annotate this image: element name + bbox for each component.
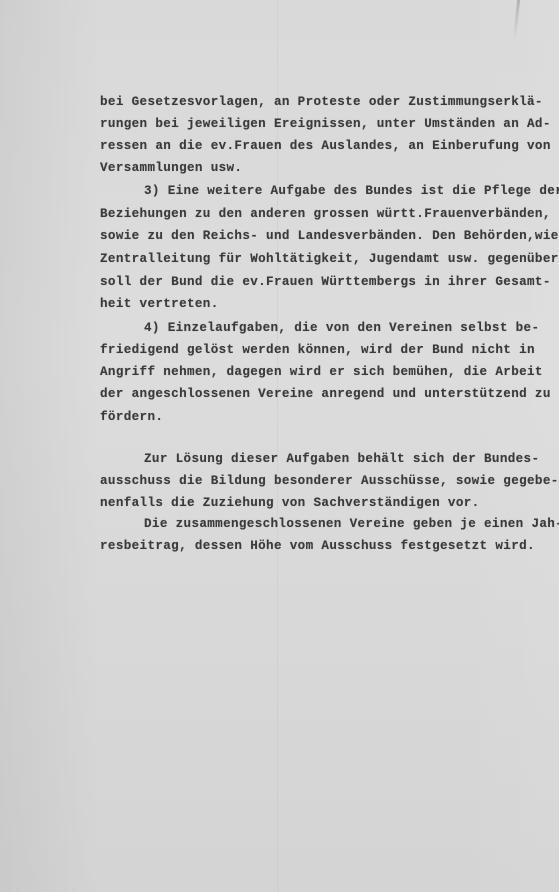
text-line: soll der Bund die ev.Frauen Württembergs… (100, 275, 551, 289)
paper-crease-mark (513, 0, 520, 40)
text-line: 3) Eine weitere Aufgabe des Bundes ist d… (100, 184, 559, 198)
text-line: Versammlungen usw. (100, 161, 242, 175)
text-line: heit vertreten. (100, 297, 219, 311)
text-line: bei Gesetzesvorlagen, an Proteste oder Z… (100, 95, 543, 109)
text-line: Zentralleitung für Wohltätigkeit, Jugend… (100, 252, 559, 266)
text-line: 4) Einzelaufgaben, die von den Vereinen … (100, 321, 539, 335)
text-line: sowie zu den Reichs- und Landesverbänden… (100, 229, 559, 243)
paper-fold-line (277, 0, 279, 892)
text-line: rungen bei jeweiligen Ereignissen, unter… (100, 117, 551, 131)
text-line: fördern. (100, 410, 163, 424)
text-line: friedigend gelöst werden können, wird de… (100, 343, 535, 357)
text-line: ausschuss die Bildung besonderer Ausschü… (100, 474, 559, 488)
scanned-page: bei Gesetzesvorlagen, an Proteste oder Z… (0, 0, 559, 892)
text-line: Angriff nehmen, dagegen wird er sich bem… (100, 365, 543, 379)
text-line: Beziehungen zu den anderen grossen württ… (100, 207, 551, 221)
text-line: Die zusammengeschlossenen Vereine geben … (100, 517, 559, 531)
text-line: nenfalls die Zuziehung von Sachverständi… (100, 496, 480, 510)
text-line: ressen an die ev.Frauen des Auslandes, a… (100, 139, 551, 153)
text-line: der angeschlossenen Vereine anregend und… (100, 387, 551, 401)
text-line: resbeitrag, dessen Höhe vom Ausschuss fe… (100, 539, 535, 553)
text-line: Zur Lösung dieser Aufgaben behält sich d… (100, 452, 539, 466)
